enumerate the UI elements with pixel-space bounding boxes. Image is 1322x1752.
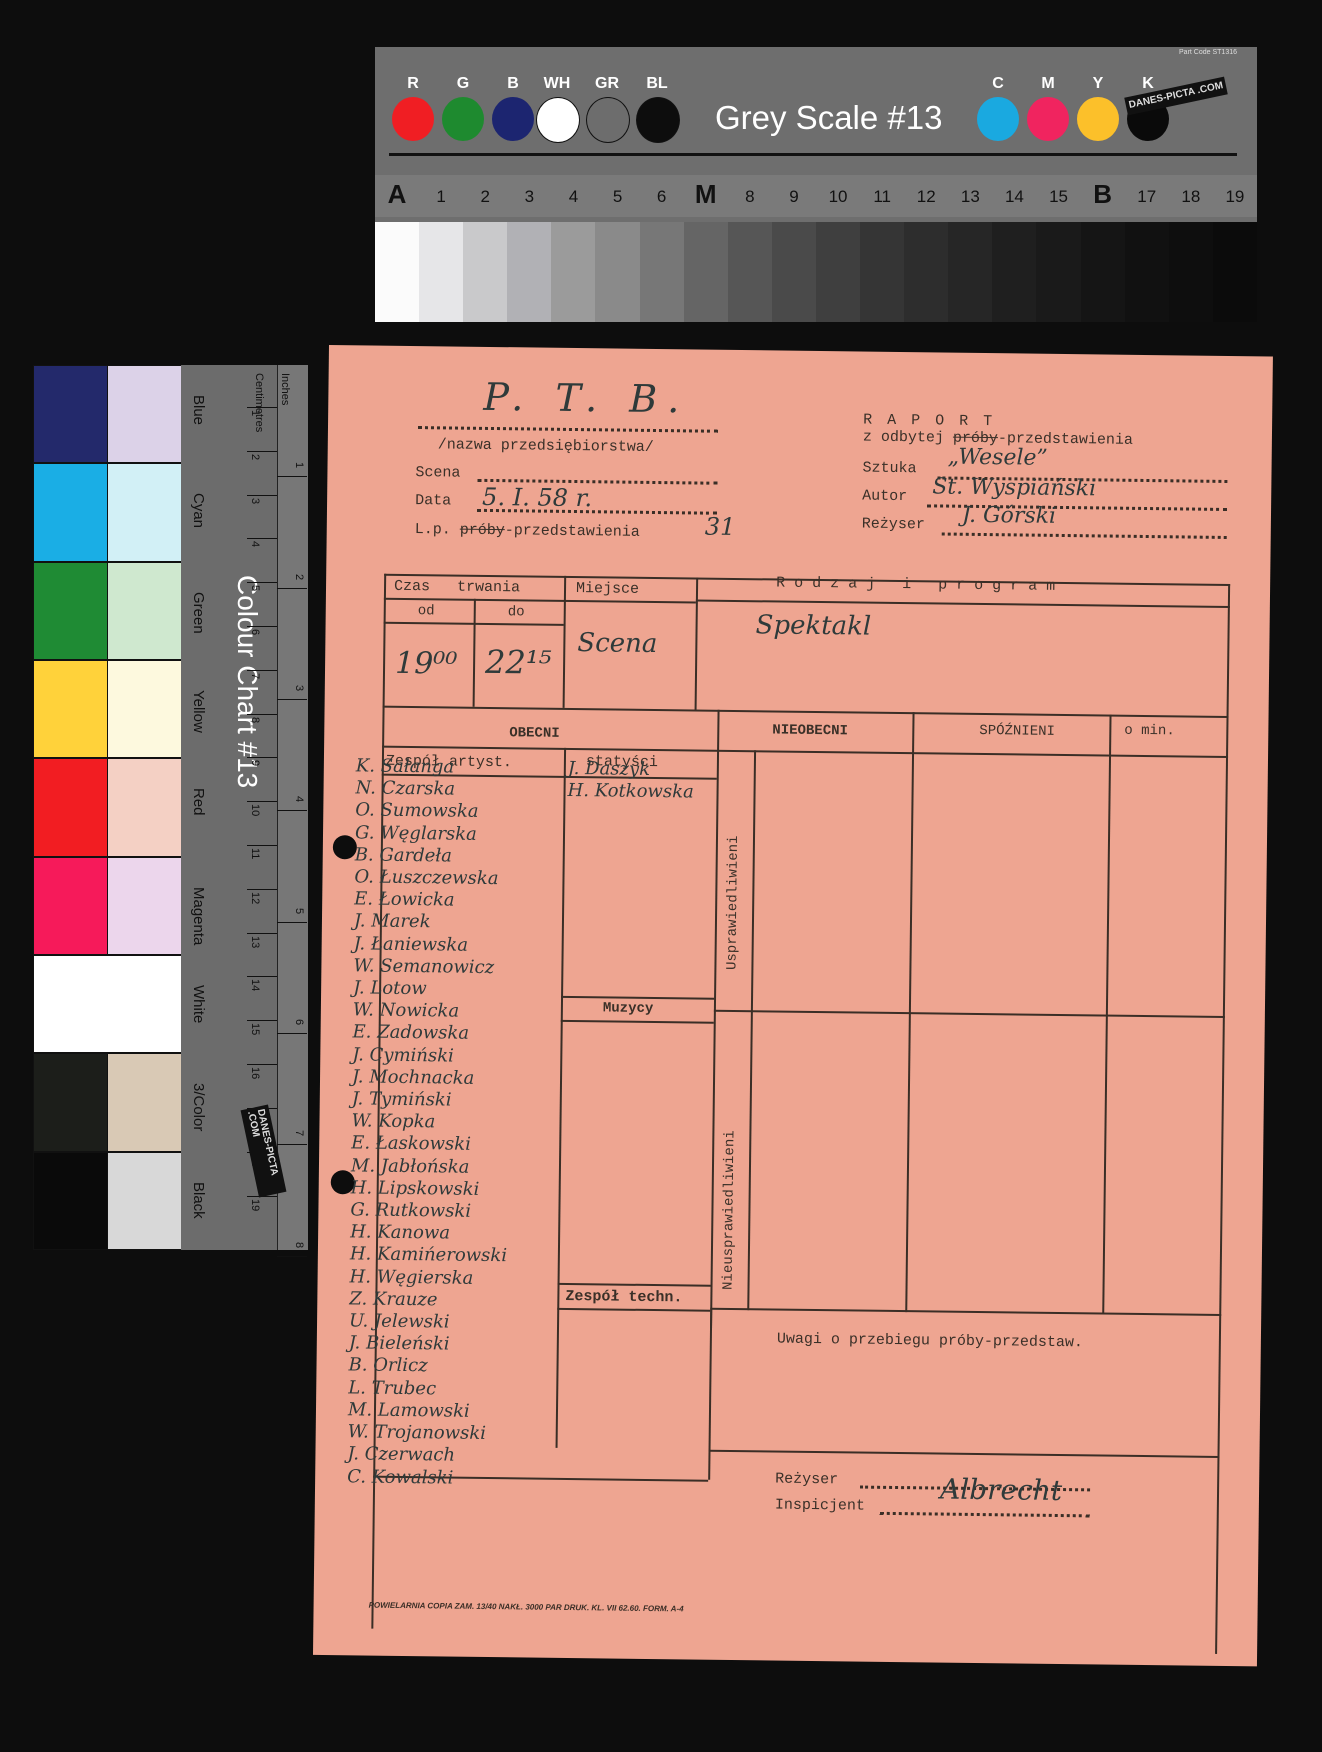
neutral-bl-swatch [636, 97, 680, 143]
col-miejsce: Miejsce [576, 580, 639, 598]
inch-tick [277, 810, 307, 811]
cmyk-y-swatch [1077, 97, 1119, 141]
patch-green-full [33, 562, 108, 660]
col-czas-trwania: Czas trwania [394, 578, 520, 597]
artist-name: H. Kamińerowski [350, 1244, 530, 1268]
grey-step-patch [1169, 222, 1213, 322]
colour-label: Red [190, 788, 207, 816]
part-code: Part Code ST1316 [1179, 49, 1237, 57]
cm-tick-label: 2 [249, 454, 261, 460]
colour-label: Magenta [190, 887, 207, 945]
inch-tick [277, 1144, 307, 1145]
patch-magenta-full [33, 857, 108, 955]
neutral-gr-label: GR [585, 75, 629, 93]
scale-step-label: 1 [421, 187, 461, 207]
cm-tick [247, 976, 277, 977]
miejsce-value: Scena [577, 628, 657, 659]
cm-tick-label: 11 [249, 848, 261, 859]
colour-label: White [190, 985, 207, 1023]
scale-step-label: 2 [465, 187, 505, 207]
dotted-line [880, 1512, 1090, 1518]
row-usprawiedliwieni: Usprawiedliwieni [724, 835, 742, 970]
artist-name: U. Jelewski [349, 1310, 529, 1334]
rezyser-label: Reżyser [862, 516, 925, 534]
cm-tick-label: 5 [249, 585, 261, 591]
artist-name: E. Zadowska [352, 1022, 532, 1046]
artist-name: J. Lotow [353, 977, 533, 1001]
scale-step-label: 6 [642, 187, 682, 207]
ruler: Inches Centimetres Colour Chart #13 Blue… [181, 365, 308, 1250]
grey-step-patch [860, 222, 904, 322]
artist-name: M. Jabłońska [351, 1155, 531, 1179]
scale-step-label: 4 [553, 187, 593, 207]
cm-tick [247, 845, 277, 846]
patch-red-tint [107, 758, 183, 856]
cmyk-c-label: C [976, 75, 1020, 93]
cm-tick [247, 1020, 277, 1021]
colour-chart-title: Colour Chart #13 [231, 575, 263, 788]
cm-tick [247, 538, 277, 539]
patch-3-color-full [33, 1053, 108, 1151]
artist-name: J. Tymiński [352, 1088, 532, 1112]
inch-tick [277, 476, 307, 477]
patch-cyan-tint [107, 463, 183, 561]
patch-blue-tint [107, 365, 183, 463]
inch-tick-label: 2 [293, 574, 305, 580]
extra-name: J. Daszyk [568, 758, 748, 782]
rezyser-sign-label: Reżyser [775, 1471, 838, 1489]
artist-name: G. Rutkowski [350, 1199, 530, 1223]
scale-step-label: 17 [1127, 187, 1167, 207]
rodzaj-value: Spektakl [755, 610, 871, 641]
color-g-label: G [441, 75, 485, 93]
scale-step-label: 10 [818, 187, 858, 207]
grey-step-patch [1213, 222, 1257, 322]
dotted-line [942, 533, 1227, 539]
color-b-swatch [492, 97, 534, 141]
patch-red-full [33, 758, 108, 856]
patch-white [33, 955, 183, 1053]
grey-step-patch [684, 222, 728, 322]
cm-tick-label: 1 [249, 410, 261, 416]
artist-name: J. Marek [354, 911, 534, 935]
cmyk-c-swatch [977, 97, 1019, 141]
artist-name: H. Węgierska [349, 1266, 529, 1290]
divider [389, 153, 1237, 156]
artist-name: G. Węglarska [355, 822, 535, 846]
grey-step-patch [419, 222, 463, 322]
inspicjent-signature: Albrecht [940, 1473, 1062, 1507]
scena-label: Scena [415, 464, 460, 482]
artist-list: K. SałangaN. CzarskaO. SumowskaG. Węglar… [347, 755, 536, 1490]
cm-tick [247, 933, 277, 934]
lp-label: L.p. próby-przedstawienia [415, 521, 640, 541]
col-do: do [508, 604, 525, 620]
inch-tick [277, 1033, 307, 1034]
scale-step-label: 13 [950, 187, 990, 207]
scale-step-label: 19 [1215, 187, 1255, 207]
cmyk-m-swatch [1027, 97, 1069, 141]
centimetres-label: Centimetres [253, 373, 265, 432]
artist-name: E. Łowicka [354, 889, 534, 913]
col-zespol-techn: Zespół techn. [565, 1288, 682, 1306]
grey-step-patch [904, 222, 948, 322]
cm-tick [247, 801, 277, 802]
extra-name: H. Kotkowska [567, 780, 747, 804]
scale-number-row: A123456M89101112131415B171819 [375, 175, 1257, 217]
artist-name: Z. Krauze [349, 1288, 529, 1312]
col-od: od [418, 603, 435, 619]
artist-name: J. Czerwach [347, 1444, 527, 1468]
company-name-value: P. T. B. [483, 375, 689, 422]
color-b-label: B [491, 75, 535, 93]
grey-step-patch [375, 222, 419, 322]
data-label: Data [415, 492, 451, 509]
cm-tick [247, 670, 277, 671]
scale-step-label: 11 [862, 187, 902, 207]
artist-name: J. Łaniewska [354, 933, 534, 957]
inch-tick [277, 922, 307, 923]
artist-name: B. Gardeła [355, 844, 535, 868]
inch-tick-label: 5 [293, 908, 305, 914]
artist-name: N. Czarska [355, 778, 535, 802]
grey-step-patch [551, 222, 595, 322]
lp-value: 31 [705, 513, 736, 541]
patch-blue-full [33, 365, 108, 463]
uwagi-label: Uwagi o przebiegu próby-przedstaw. [777, 1331, 1083, 1352]
sztuka-label: Sztuka [862, 460, 916, 478]
artist-name: H. Lipskowski [351, 1177, 531, 1201]
artist-name: L. Trubec [348, 1377, 528, 1401]
col-nieobecni: NIEOBECNI [772, 722, 848, 739]
inch-tick [277, 588, 307, 589]
rehearsal-report-form: P. T. B. /nazwa przedsiębiorstwa/ Scena … [313, 345, 1273, 1666]
patch-green-tint [107, 562, 183, 660]
cm-tick [247, 495, 277, 496]
artist-name: B. Orlicz [348, 1355, 528, 1379]
inch-tick-label: 4 [293, 796, 305, 802]
artist-name: W. Nowicka [353, 1000, 533, 1024]
cm-tick [247, 626, 277, 627]
artist-name: H. Kanowa [350, 1222, 530, 1246]
scale-step-label: B [1083, 179, 1123, 210]
struck-word: próby [460, 522, 505, 540]
cm-tick-label: 4 [249, 541, 261, 547]
artist-name: E. Łaskowski [351, 1133, 531, 1157]
grey-scale-title: Grey Scale #13 [715, 99, 942, 137]
scale-step-label: 14 [994, 187, 1034, 207]
cm-tick-label: 15 [249, 1023, 261, 1035]
patch-black-full [33, 1152, 108, 1250]
grey-step-patch [992, 222, 1036, 322]
patch-yellow-full [33, 660, 108, 758]
colour-patch-grid [33, 365, 183, 1250]
colour-label: Cyan [190, 493, 207, 528]
colour-chart-card: Inches Centimetres Colour Chart #13 Blue… [33, 365, 308, 1250]
report-title: R A P O R T [863, 412, 995, 431]
cm-tick [247, 889, 277, 890]
neutral-wh-label: WH [535, 75, 579, 93]
inch-scale [277, 365, 308, 1250]
cm-tick [247, 582, 277, 583]
scale-step-label: 8 [730, 187, 770, 207]
cm-tick-label: 14 [249, 979, 261, 991]
patch-magenta-tint [107, 857, 183, 955]
cm-tick [247, 757, 277, 758]
cm-tick-label: 6 [249, 629, 261, 635]
grey-step-patch [1081, 222, 1125, 322]
color-r-swatch [392, 97, 434, 141]
grey-scale-strip [375, 222, 1257, 322]
dotted-line [418, 426, 718, 433]
artist-name: C. Kowalski [347, 1466, 527, 1490]
artist-name: J. Cymiński [352, 1044, 532, 1068]
cm-tick-label: 16 [249, 1067, 261, 1079]
cm-tick-label: 9 [249, 760, 261, 766]
patch-black-tint [107, 1152, 183, 1250]
cm-tick-label: 13 [249, 936, 261, 948]
cm-tick-label: 8 [249, 717, 261, 723]
col-spoznieni: SPÓŹNIENI [979, 723, 1055, 740]
inch-tick-label: 8 [293, 1242, 305, 1248]
artist-name: O. Sumowska [355, 800, 535, 824]
patch-3-color-tint [107, 1053, 183, 1151]
cm-tick-label: 19 [249, 1199, 261, 1211]
cm-tick [247, 451, 277, 452]
neutral-wh-swatch [536, 97, 580, 143]
col-obecni: OBECNI [509, 725, 560, 742]
patch-yellow-tint [107, 660, 183, 758]
colour-label: Black [190, 1182, 207, 1219]
punch-hole [333, 835, 357, 859]
neutral-bl-label: BL [635, 75, 679, 93]
inch-tick [277, 1256, 307, 1257]
inch-tick-label: 3 [293, 685, 305, 691]
scale-step-label: 18 [1171, 187, 1211, 207]
colour-label: Green [190, 592, 207, 634]
dotted-line [477, 509, 717, 515]
grey-step-patch [507, 222, 551, 322]
color-r-label: R [391, 75, 435, 93]
patch-cyan-full [33, 463, 108, 561]
do-value: 22¹⁵ [485, 643, 552, 682]
artist-name: O. Łuszczewska [354, 866, 534, 890]
grey-step-patch [595, 222, 639, 322]
cm-tick [247, 1064, 277, 1065]
inch-tick-label: 1 [293, 462, 305, 468]
neutral-gr-swatch [586, 97, 630, 143]
artist-name: W. Trojanowski [348, 1421, 528, 1445]
cm-tick-label: 10 [249, 804, 261, 816]
col-o-min: o min. [1124, 723, 1175, 740]
sztuka-value: „Wesele” [948, 445, 1048, 471]
cmyk-m-label: M [1026, 75, 1070, 93]
grey-step-patch [948, 222, 992, 322]
inches-label: Inches [279, 373, 291, 405]
od-value: 19⁰⁰ [395, 646, 458, 682]
artist-name: W. Semanowicz [353, 955, 533, 979]
grey-step-patch [640, 222, 684, 322]
colour-label: Yellow [190, 690, 207, 733]
cmyk-y-label: Y [1076, 75, 1120, 93]
scale-step-label: A [377, 179, 417, 210]
scale-step-label: 3 [509, 187, 549, 207]
cm-tick [247, 407, 277, 408]
extras-list: J. DaszykH. Kotkowska [567, 758, 748, 805]
artist-name: W. Kopka [351, 1111, 531, 1135]
autor-label: Autor [862, 488, 907, 506]
inch-tick-label: 6 [293, 1019, 305, 1025]
colour-label: 3/Color [190, 1083, 207, 1131]
scale-step-label: M [686, 179, 726, 210]
artist-name: J. Mochnacka [352, 1066, 532, 1090]
row-nieusprawiedliwieni: Nieusprawiedliwieni [720, 1130, 738, 1290]
grey-step-patch [1125, 222, 1169, 322]
grey-step-patch [816, 222, 860, 322]
inspicjent-label: Inspicjent [775, 1497, 865, 1515]
col-muzycy: Muzycy [603, 1000, 654, 1017]
color-g-swatch [442, 97, 484, 141]
cm-tick-label: 12 [249, 892, 261, 904]
cm-tick-label: 7 [249, 673, 261, 679]
scale-step-label: 15 [1039, 187, 1079, 207]
artist-name: K. Sałanga [356, 755, 536, 779]
printer-footer: POWIELARNIA COPIA ZAM. 13/40 NAKŁ. 3000 … [369, 1601, 684, 1614]
rezyser-value: J. Górski [962, 503, 1056, 529]
scale-step-label: 9 [774, 187, 814, 207]
cm-tick [247, 714, 277, 715]
data-value: 5. I. 58 r. [482, 483, 592, 512]
inch-tick-label: 7 [293, 1130, 305, 1136]
colour-label: Blue [190, 395, 207, 425]
grey-step-patch [1036, 222, 1080, 322]
scale-step-label: 12 [906, 187, 946, 207]
grey-step-patch [728, 222, 772, 322]
grey-step-patch [463, 222, 507, 322]
company-caption: /nazwa przedsiębiorstwa/ [438, 436, 654, 456]
col-rodzaj-program: R o d z a j i p r o g r a m [776, 574, 1055, 594]
inch-tick [277, 699, 307, 700]
grey-scale-card: Part Code ST1316 RGBWHGRBLCMYK Grey Scal… [375, 47, 1257, 322]
artist-name: M. Lamowski [348, 1399, 528, 1423]
scale-step-label: 5 [598, 187, 638, 207]
grey-step-patch [772, 222, 816, 322]
artist-name: J. Bieleński [349, 1333, 529, 1357]
autor-value: St. Wyspiański [932, 474, 1096, 501]
cm-tick-label: 3 [249, 498, 261, 504]
